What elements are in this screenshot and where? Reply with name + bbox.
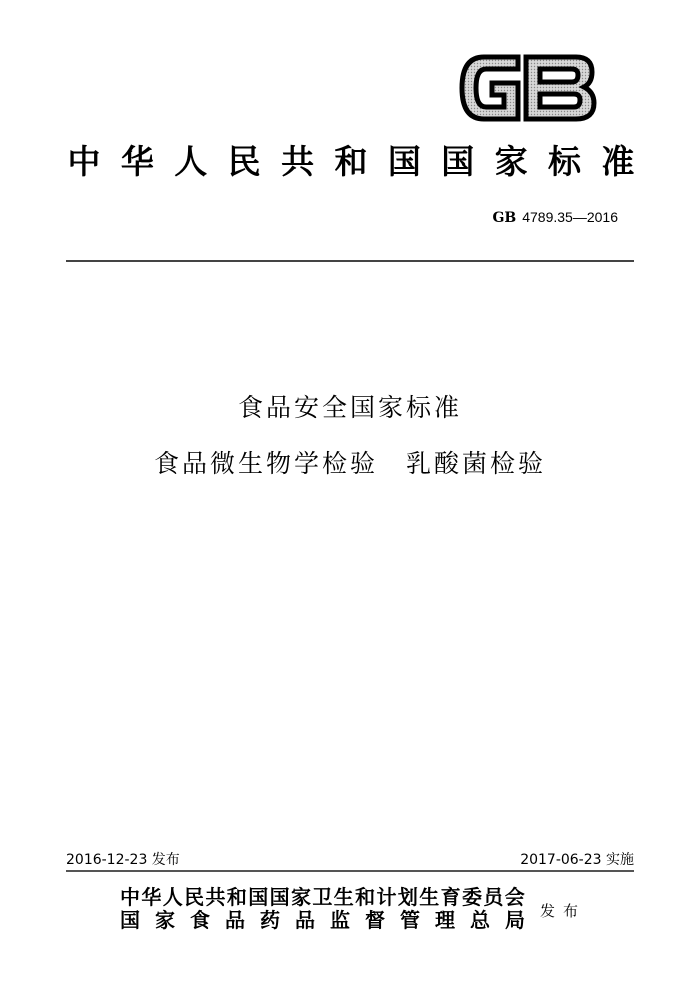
footer-divider bbox=[66, 870, 634, 872]
standard-number: GB4789.35—2016 bbox=[492, 208, 618, 227]
country-standard-title: 中华人民共和国国家标准 bbox=[66, 142, 636, 182]
issue-date: 2016-12-23 发布 bbox=[66, 851, 180, 869]
issuer-nhfpc: 中华人民共和国国家卫生和计划生育委员会 bbox=[120, 886, 525, 909]
publish-label: 发布 bbox=[540, 901, 586, 921]
header-divider bbox=[66, 260, 634, 262]
standard-number-value: 4789.35—2016 bbox=[522, 209, 618, 225]
standard-number-prefix: GB bbox=[492, 210, 516, 226]
issuing-authorities: 中华人民共和国国家卫生和计划生育委员会 国家食品药品监督管理总局 bbox=[120, 886, 525, 932]
implementation-date: 2017-06-23 实施 bbox=[520, 851, 634, 869]
issuer-cfda: 国家食品药品监督管理总局 bbox=[120, 909, 525, 932]
document-title-line-1: 食品安全国家标准 bbox=[0, 390, 700, 426]
gb-logo bbox=[458, 53, 598, 123]
document-title-line-2: 食品微生物学检验 乳酸菌检验 bbox=[0, 446, 700, 482]
